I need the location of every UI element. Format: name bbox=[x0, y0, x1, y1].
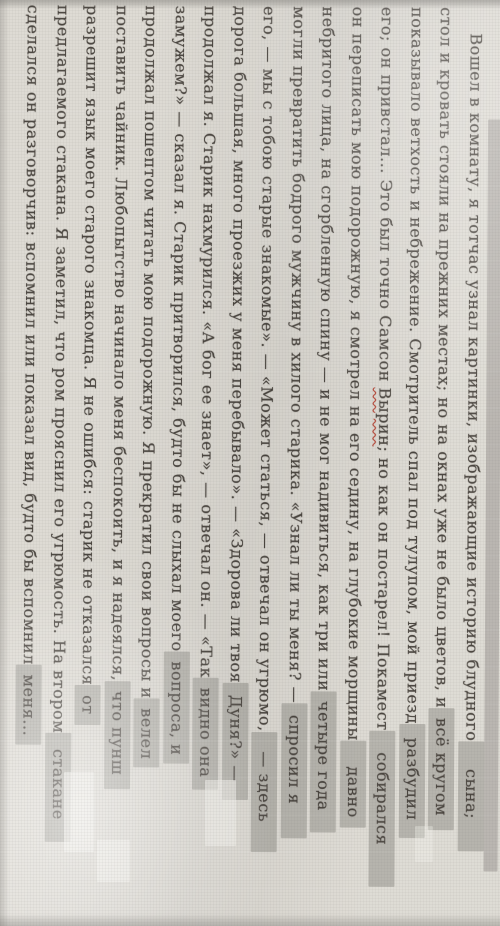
line-text: разрешит язык моего старого знакомца. Я … bbox=[79, 5, 102, 686]
photo-of-document-screenshot: Вошел в комнату, я тотчас узнал картинки… bbox=[0, 0, 500, 926]
text-line: стол и кровать стояли на прежних местах;… bbox=[426, 7, 461, 919]
line-text: ; но как он постарел! Покамест bbox=[374, 446, 395, 730]
text-line: его, — мы с тобою старые знакомые». — «М… bbox=[249, 6, 284, 918]
text-line: показывало ветхость и небрежение. Смотри… bbox=[397, 7, 432, 919]
selected-text: разбудил bbox=[399, 724, 426, 838]
line-text: продолжал пошептом читать мою подорожную… bbox=[138, 5, 161, 698]
selected-text: — здесь bbox=[251, 732, 278, 852]
line-text: его, — мы с тобою старые знакомые». — «М… bbox=[256, 6, 279, 732]
line-text: показывало ветхость и небрежение. Смотри… bbox=[403, 7, 426, 724]
text-line: его; он привстал... Это был точно Самсон… bbox=[367, 7, 402, 919]
line-text: стол и кровать стояли на прежних местах;… bbox=[433, 7, 456, 708]
text-line: поставить чайник. Любопытство начинало м… bbox=[102, 5, 137, 917]
line-text: сделался он разговорчив: вспомнил или по… bbox=[20, 5, 43, 665]
selected-text: собирался bbox=[369, 731, 396, 888]
selected-text: сына; bbox=[458, 741, 485, 851]
glare-patch bbox=[97, 840, 130, 882]
selected-text: спросил я bbox=[281, 703, 308, 838]
glare-patch bbox=[415, 826, 433, 862]
text-line: продолжал пошептом читать мою подорожную… bbox=[131, 5, 166, 917]
line-text: поставить чайник. Любопытство начинало м… bbox=[109, 5, 132, 681]
selected-text: четыре года bbox=[310, 691, 337, 833]
selected-text: меня... bbox=[16, 665, 42, 745]
line-text: могли превратить бодрого мужчину в хилог… bbox=[286, 6, 309, 703]
line-text: дорога большая, много проезжих у меня пе… bbox=[227, 6, 250, 683]
selected-text: видно она bbox=[193, 678, 220, 789]
line-text: предлагаемого стакана. Я заметил, что ро… bbox=[49, 5, 72, 734]
selected-text: всё кругом bbox=[428, 708, 455, 830]
selected-text: что пунш bbox=[104, 681, 131, 789]
text-line: Вошел в комнату, я тотчас узнал картинки… bbox=[456, 7, 491, 919]
misspelled-word-squiggle: Вырин bbox=[376, 388, 395, 447]
line-text: продолжал я. Старик нахмурился. «А бог е… bbox=[197, 6, 220, 679]
line-text: небритого лица, на сгорбленную спину — и… bbox=[315, 6, 338, 691]
selected-text: вопроса, и bbox=[163, 652, 190, 764]
glare-patch bbox=[205, 780, 236, 846]
text-line: он переписать мою подорожную, я смотрел … bbox=[338, 7, 373, 919]
line-text: он переписать мою подорожную, я смотрел … bbox=[344, 7, 367, 741]
selected-text: от bbox=[75, 685, 101, 724]
text-line: небритого лица, на сгорбленную спину — и… bbox=[308, 6, 343, 918]
text-line: могли превратить бодрого мужчину в хилог… bbox=[279, 6, 314, 918]
line-text: Вошел в комнату, я тотчас узнал картинки… bbox=[462, 33, 485, 741]
selected-text: давно bbox=[340, 741, 367, 828]
selected-text: велел bbox=[134, 699, 160, 768]
line-text: замужем?» — сказал я. Старик притворился… bbox=[168, 6, 191, 652]
line-text: его; он привстал... Это был точно Самсон bbox=[376, 7, 397, 388]
glare-patch bbox=[64, 772, 94, 852]
